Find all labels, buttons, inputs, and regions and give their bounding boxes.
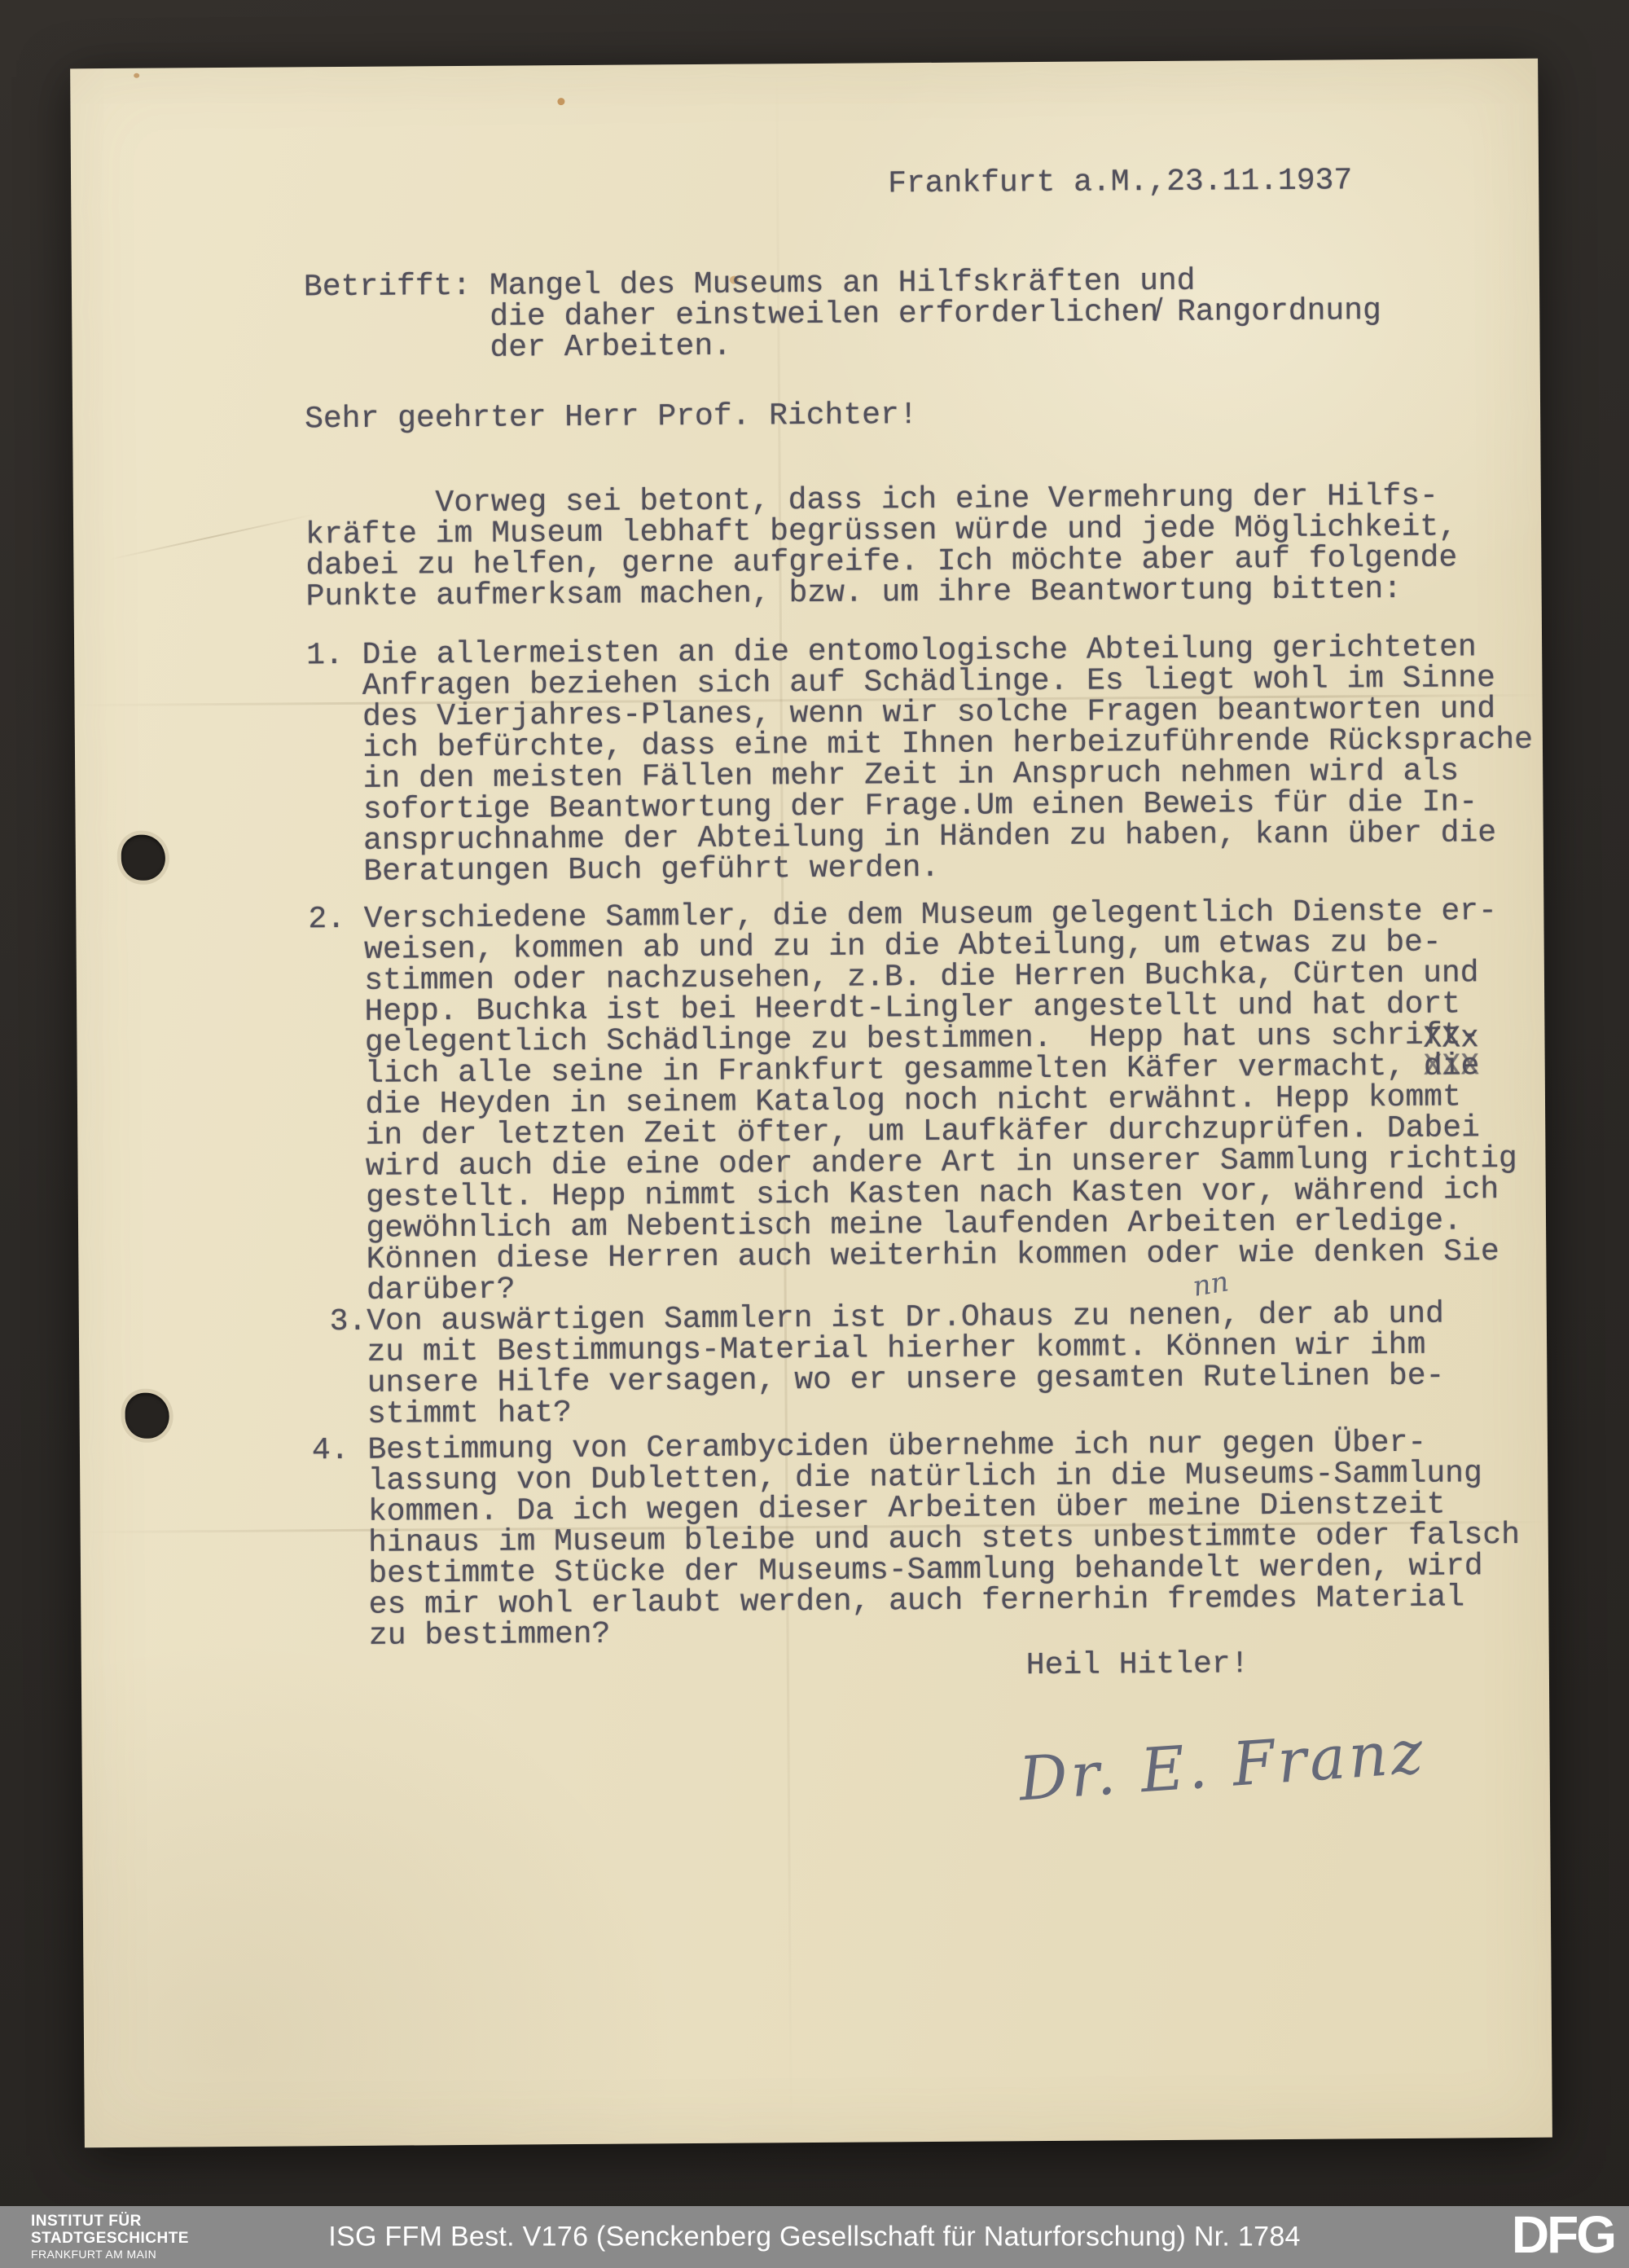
numbered-point-2: 2. Verschiedene Sammler, die dem Museum … xyxy=(308,896,1518,1307)
paper-stain xyxy=(134,73,139,78)
typed-overstrike-on-word: XXX xyxy=(1424,1051,1480,1082)
numbered-point-3: 3.Von auswärtigen Sammlern ist Dr.Ohaus … xyxy=(311,1299,1445,1431)
paper-stain xyxy=(557,98,564,105)
closing-line: Heil Hitler! xyxy=(1026,1649,1249,1681)
punch-hole-top xyxy=(121,835,165,881)
salutation-line: Sehr geehrter Herr Prof. Richter! xyxy=(305,400,918,435)
handwritten-correction: nn xyxy=(1191,1265,1232,1303)
footer-bar: INSTITUT FÜR STADTGESCHICHTE FRANKFURT A… xyxy=(0,2206,1629,2268)
punch-hole-bottom xyxy=(125,1393,169,1439)
numbered-point-1: 1. Die allermeisten an die entomologisch… xyxy=(306,632,1534,888)
intro-paragraph: Vorweg sei betont, dass ich eine Vermehr… xyxy=(305,481,1458,613)
numbered-point-4: 4. Bestimmung von Cerambyciden übernehme… xyxy=(312,1427,1521,1652)
handwritten-signature: Dr. E. Franz xyxy=(1016,1717,1428,1815)
letter-page: Frankfurt a.M.,23.11.1937 Betrifft: Mang… xyxy=(70,59,1552,2148)
fold-crease-diagonal xyxy=(108,513,315,560)
subject-block: Betrifft: Mangel des Museums an Hilfskrä… xyxy=(304,265,1381,365)
date-line: Frankfurt a.M.,23.11.1937 xyxy=(888,165,1352,200)
archive-reference: ISG FFM Best. V176 (Senckenberg Gesellsc… xyxy=(0,2222,1629,2253)
dfg-logo: DFG xyxy=(1512,2204,1614,2265)
